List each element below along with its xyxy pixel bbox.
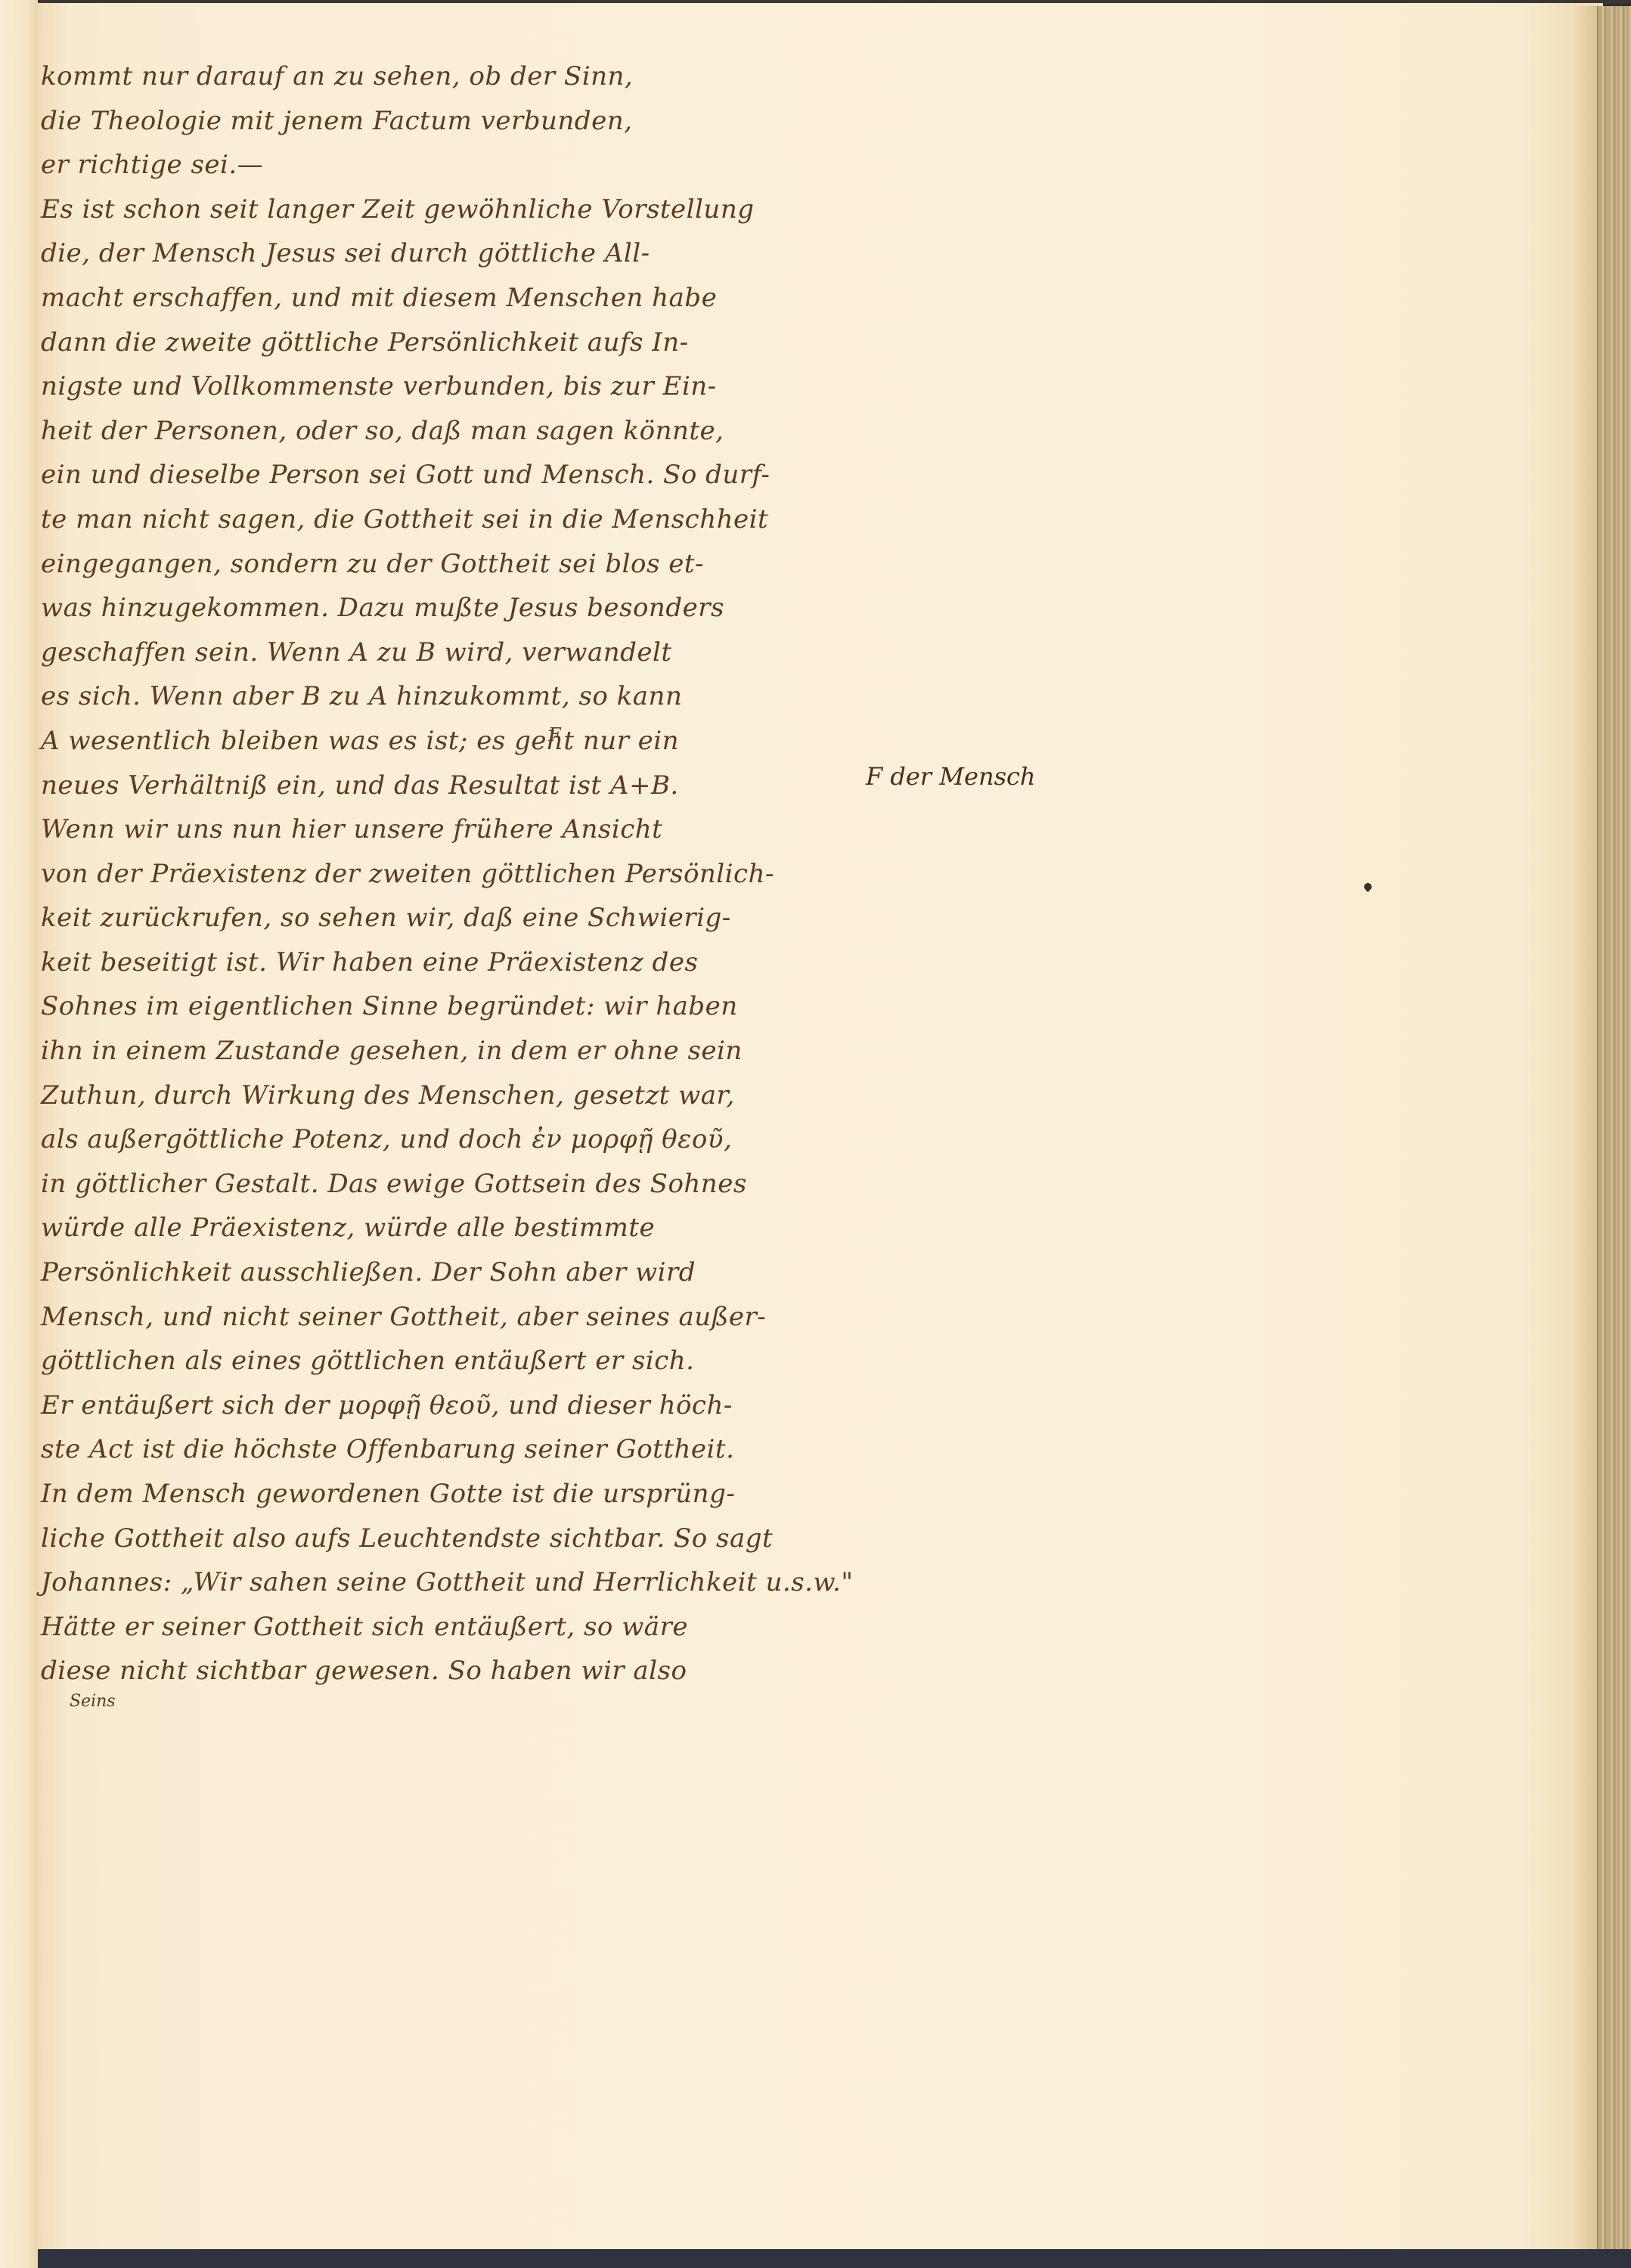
text-line: Er entäußert sich der μορφῇ θεοῦ, und di… — [41, 1383, 910, 1428]
text-line: göttlichen als eines göttlichen entäußer… — [41, 1339, 910, 1383]
text-line: als außergöttliche Potenz, und doch ἐν μ… — [41, 1117, 910, 1162]
text-line: Zuthun, durch Wirkung des Menschen, gese… — [41, 1074, 910, 1118]
text-line: Sohnes im eigentlichen Sinne begründet: … — [41, 984, 910, 1029]
text-line: Es ist schon seit langer Zeit gewöhnlich… — [41, 187, 910, 232]
text-line: würde alle Präexistenz, würde alle besti… — [41, 1206, 910, 1250]
scan-background-bottom — [38, 2249, 1631, 2268]
text-line: kommt nur darauf an zu sehen, ob der Sin… — [41, 54, 910, 99]
manuscript-text-column: kommt nur darauf an zu sehen, ob der Sin… — [41, 54, 910, 1693]
text-line: A wesentlich bleiben was es ist; es geht… — [41, 719, 910, 764]
text-line: In dem Mensch gewordenen Gotte ist die u… — [41, 1472, 910, 1517]
text-line: Persönlichkeit ausschließen. Der Sohn ab… — [41, 1250, 910, 1295]
text-line: eingegangen, sondern zu der Gottheit sei… — [41, 542, 910, 587]
text-line: die Theologie mit jenem Factum verbunden… — [41, 99, 910, 144]
text-line: dann die zweite göttliche Persönlichkeit… — [41, 321, 910, 365]
page-edge-shadow — [1573, 6, 1598, 2250]
text-line: es sich. Wenn aber B zu A hinzukommt, so… — [41, 674, 910, 719]
text-line: geschaffen sein. Wenn A zu B wird, verwa… — [41, 631, 910, 675]
text-line: macht erschaffen, und mit diesem Mensche… — [41, 276, 910, 321]
text-line: er richtige sei.— — [41, 143, 910, 187]
text-line: nigste und Vollkommenste verbunden, bis … — [41, 364, 910, 409]
text-line: keit zurückrufen, so sehen wir, daß eine… — [41, 896, 910, 940]
text-line: die, der Mensch Jesus sei durch göttlich… — [41, 231, 910, 276]
book-gutter — [0, 0, 38, 2268]
text-line: Mensch, und nicht seiner Gottheit, aber … — [41, 1295, 910, 1340]
text-line: was hinzugekommen. Dazu mußte Jesus beso… — [41, 586, 910, 631]
text-line: Hätte er seiner Gottheit sich entäußert,… — [41, 1605, 910, 1650]
page-stack-edge — [1597, 6, 1631, 2250]
text-line: keit beseitigt ist. Wir haben eine Präex… — [41, 940, 910, 985]
text-line: in göttlicher Gestalt. Das ewige Gottsei… — [41, 1162, 910, 1207]
text-line: te man nicht sagen, die Gottheit sei in … — [41, 497, 910, 542]
text-line: ste Act ist die höchste Offenbarung sein… — [41, 1427, 910, 1472]
margin-note: F der Mensch — [866, 762, 1036, 791]
text-line: Wenn wir uns nun hier unsere frühere Ans… — [41, 807, 910, 852]
text-line: heit der Personen, oder so, daß man sage… — [41, 409, 910, 454]
text-line: neues Verhältniß ein, und das Resultat i… — [41, 764, 910, 808]
text-line: liche Gottheit also aufs Leuchtendste si… — [41, 1517, 910, 1561]
text-line: von der Präexistenz der zweiten göttlich… — [41, 852, 910, 897]
text-line: ein und dieselbe Person sei Gott und Men… — [41, 453, 910, 497]
text-line: Johannes: „Wir sahen seine Gottheit und … — [41, 1560, 910, 1605]
interlinear-insertion: Seins — [70, 1692, 116, 1711]
text-line: diese nicht sichtbar gewesen. So haben w… — [41, 1649, 910, 1693]
text-line: ihn in einem Zustande gesehen, in dem er… — [41, 1029, 910, 1074]
insertion-mark-f: F — [548, 724, 561, 745]
